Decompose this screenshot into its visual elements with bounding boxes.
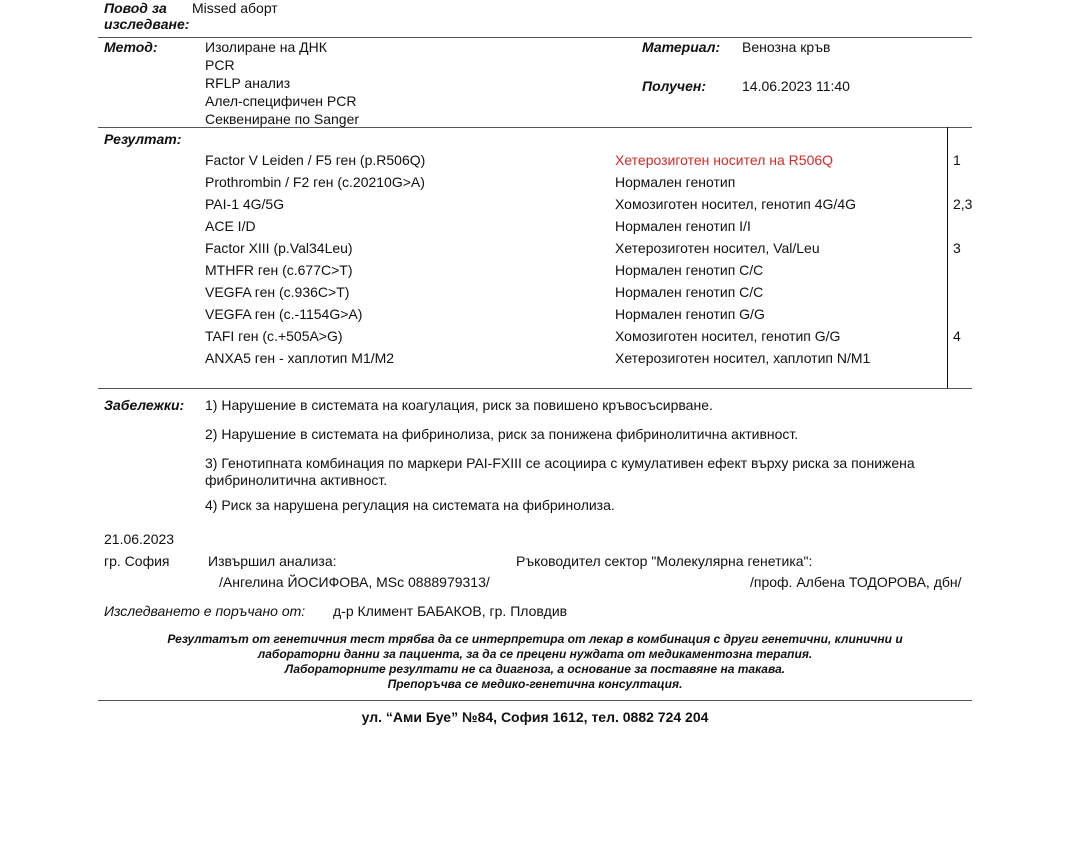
reason-label-line1: Повод за [104, 0, 167, 16]
result-marker: Factor XIII (p.Val34Leu) [205, 240, 353, 256]
note-3: 3) Генотипната комбинация по маркери PAI… [205, 455, 915, 471]
method-item: Алел-специфичен PCR [205, 93, 356, 109]
results-label: Резултат: [104, 131, 181, 147]
ordered-label: Изследването е поръчано от: [104, 603, 305, 619]
method-label: Метод: [104, 39, 158, 55]
disclaimer-line: Лабораторните резултати не са диагноза, … [98, 662, 972, 677]
performed-name: /Ангелина ЙОСИФОВА, MSc 0888979313/ [219, 574, 490, 590]
method-item: Секвениране по Sanger [205, 111, 359, 127]
footer-address: ул. “Ами Буе” №84, София 1612, тел. 0882… [98, 709, 972, 725]
result-marker: TAFI ген (c.+505A>G) [205, 328, 343, 344]
result-marker: Factor V Leiden / F5 ген (p.R506Q) [205, 152, 425, 168]
divider-footer [98, 700, 972, 701]
result-value: Хетерозиготен носител, хаплотип N/M1 [615, 350, 870, 366]
result-marker: MTHFR ген (c.677C>T) [205, 262, 353, 278]
received-value: 14.06.2023 11:40 [742, 78, 850, 94]
material-label: Материал: [642, 39, 720, 55]
head-name: /проф. Албена ТОДОРОВА, дбн/ [750, 574, 962, 590]
results-column-divider [947, 127, 948, 388]
result-marker: ACE I/D [205, 218, 256, 234]
result-value: Хомозиготен носител, генотип G/G [615, 328, 840, 344]
result-marker: ANXA5 ген - хаплотип M1/M2 [205, 350, 394, 366]
result-value: Хетерозиготен носител, Val/Leu [615, 240, 820, 256]
note-1: 1) Нарушение в системата на коагулация, … [205, 397, 713, 413]
result-value: Нормален генотип I/I [615, 218, 751, 234]
received-label: Получен: [642, 78, 706, 94]
result-value: Хетерозиготен носител на R506Q [615, 152, 833, 168]
result-note-ref: 4 [953, 328, 961, 344]
method-item: PCR [205, 57, 235, 73]
report-city: гр. София [104, 553, 170, 569]
note-4: 4) Риск за нарушена регулация на система… [205, 497, 615, 513]
result-marker: Prothrombin / F2 ген (c.20210G>A) [205, 174, 425, 190]
disclaimer-line: Препоръчва се медико-генетична консултац… [98, 677, 972, 692]
result-value: Нормален генотип G/G [615, 306, 765, 322]
method-item: Изолиране на ДНК [205, 39, 327, 55]
notes-label: Забележки: [104, 397, 184, 413]
reason-label-line2: изследване: [104, 16, 189, 32]
result-note-ref: 1 [953, 152, 961, 168]
result-value: Нормален генотип C/C [615, 284, 763, 300]
report-date: 21.06.2023 [104, 531, 174, 547]
divider-method [98, 127, 972, 128]
disclaimer-line: лабораторни данни за пациента, за да се … [98, 647, 972, 662]
disclaimer: Резултатът от генетичния тест трябва да … [98, 632, 972, 692]
performed-label: Извършил анализа: [208, 553, 337, 569]
result-note-ref: 2,3 [953, 196, 972, 212]
reason-value: Missed аборт [192, 0, 278, 16]
result-value: Нормален генотип [615, 174, 735, 190]
result-marker: PAI-1 4G/5G [205, 196, 284, 212]
note-3-continued: фибринолитична активност. [205, 472, 387, 488]
divider-reason [98, 37, 972, 38]
result-marker: VEGFA ген (c.-1154G>A) [205, 306, 362, 322]
head-label: Ръководител сектор "Молекулярна генетика… [516, 553, 812, 569]
note-2: 2) Нарушение в системата на фибринолиза,… [205, 426, 798, 442]
result-value: Нормален генотип C/C [615, 262, 763, 278]
material-value: Венозна кръв [742, 39, 830, 55]
result-marker: VEGFA ген (c.936C>T) [205, 284, 349, 300]
ordered-value: д-р Климент БАБАКОВ, гр. Пловдив [333, 603, 567, 619]
result-value: Хомозиготен носител, генотип 4G/4G [615, 196, 856, 212]
result-note-ref: 3 [953, 240, 961, 256]
method-item: RFLP анализ [205, 75, 290, 91]
disclaimer-line: Резултатът от генетичния тест трябва да … [98, 632, 972, 647]
divider-results [98, 388, 972, 389]
